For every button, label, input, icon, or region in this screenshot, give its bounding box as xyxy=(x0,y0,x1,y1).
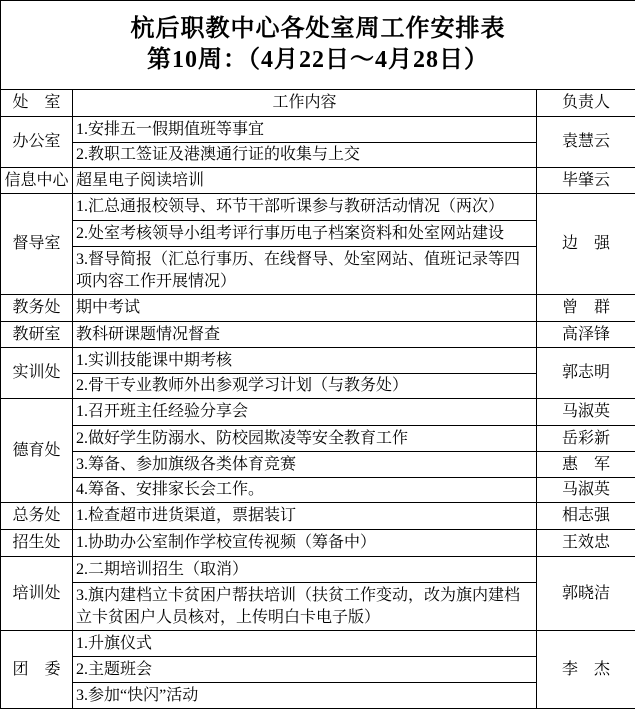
department-cell: 团 委 xyxy=(1,631,73,709)
table-row: 实训处 1.实训技能课中期考核 郭志明 xyxy=(1,348,635,374)
table-row: 培训处 2.二期培训招生（取消） 郭晓洁 xyxy=(1,557,635,583)
task-cell: 1.升旗仪式 xyxy=(73,631,537,657)
table-row: 办公室 1.安排五一假期值班等事宜 袁慧云 xyxy=(1,117,635,143)
page-subtitle: 第10周：（4月22日～4月28日） xyxy=(4,45,632,76)
table-row: 教务处 期中考试 曾 群 xyxy=(1,295,635,322)
leader-cell: 袁慧云 xyxy=(537,117,635,168)
task-cell: 2.做好学生防溺水、防校园欺凌等安全教育工作 xyxy=(73,426,537,452)
task-cell: 教科研课题情况督查 xyxy=(73,322,537,348)
task-cell: 超星电子阅读培训 xyxy=(73,168,537,194)
task-cell: 2.骨干专业教师外出参观学习计划（与教务处） xyxy=(73,374,537,399)
task-cell: 2.二期培训招生（取消） xyxy=(73,557,537,583)
department-cell: 办公室 xyxy=(1,117,73,168)
table-row: 信息中心 超星电子阅读培训 毕肇云 xyxy=(1,168,635,194)
table-row: 3.筹备、参加旗级各类体育竞赛 惠 军 xyxy=(1,452,635,478)
department-cell: 德育处 xyxy=(1,399,73,503)
department-cell: 总务处 xyxy=(1,503,73,530)
col-header-leader: 负责人 xyxy=(537,90,635,117)
task-cell: 2.主题班会 xyxy=(73,657,537,683)
leader-cell: 岳彩新 xyxy=(537,426,635,452)
task-cell: 1.汇总通报校领导、环节干部听课参与教研活动情况（两次） xyxy=(73,194,537,221)
task-cell: 1.召开班主任经验分享会 xyxy=(73,399,537,426)
leader-cell: 马淑英 xyxy=(537,399,635,426)
leader-cell: 曾 群 xyxy=(537,295,635,322)
schedule-sheet: 杭后职教中心各处室周工作安排表 第10周：（4月22日～4月28日） 处 室 工… xyxy=(0,0,635,709)
table-row: 招生处 1.协助办公室制作学校宣传视频（筹备中） 王效忠 xyxy=(1,530,635,557)
table-row: 杭后职教中心各处室周工作安排表 第10周：（4月22日～4月28日） xyxy=(1,1,635,90)
leader-cell: 郭志明 xyxy=(537,348,635,399)
department-cell: 培训处 xyxy=(1,557,73,631)
department-cell: 信息中心 xyxy=(1,168,73,194)
task-cell: 3.旗内建档立卡贫困户帮扶培训（扶贫工作变动，改为旗内建档立卡贫困户人员核对，上… xyxy=(73,583,537,631)
leader-cell: 王效忠 xyxy=(537,530,635,557)
task-cell: 1.安排五一假期值班等事宜 xyxy=(73,117,537,143)
task-cell: 3.筹备、参加旗级各类体育竞赛 xyxy=(73,452,537,478)
task-cell: 期中考试 xyxy=(73,295,537,322)
department-cell: 实训处 xyxy=(1,348,73,399)
weekly-schedule-table: 杭后职教中心各处室周工作安排表 第10周：（4月22日～4月28日） 处 室 工… xyxy=(0,0,635,709)
table-header-row: 处 室 工作内容 负责人 xyxy=(1,90,635,117)
leader-cell: 惠 军 xyxy=(537,452,635,478)
table-row: 4.筹备、安排家长会工作。 马淑英 xyxy=(1,478,635,503)
leader-cell: 毕肇云 xyxy=(537,168,635,194)
department-cell: 教务处 xyxy=(1,295,73,322)
leader-cell: 马淑英 xyxy=(537,478,635,503)
table-row: 德育处 1.召开班主任经验分享会 马淑英 xyxy=(1,399,635,426)
leader-cell: 边 强 xyxy=(537,194,635,295)
leader-cell: 郭晓洁 xyxy=(537,557,635,631)
department-cell: 招生处 xyxy=(1,530,73,557)
department-cell: 督导室 xyxy=(1,194,73,295)
task-cell: 4.筹备、安排家长会工作。 xyxy=(73,478,537,503)
task-cell: 1.实训技能课中期考核 xyxy=(73,348,537,374)
department-cell: 教研室 xyxy=(1,322,73,348)
task-cell: 1.检查超市进货渠道，票据装订 xyxy=(73,503,537,530)
col-header-department: 处 室 xyxy=(1,90,73,117)
table-row: 2.做好学生防溺水、防校园欺凌等安全教育工作 岳彩新 xyxy=(1,426,635,452)
col-header-content: 工作内容 xyxy=(73,90,537,117)
table-row: 督导室 1.汇总通报校领导、环节干部听课参与教研活动情况（两次） 边 强 xyxy=(1,194,635,221)
task-cell: 3.督导简报（汇总行事历、在线督导、处室网站、值班记录等四项内容工作开展情况） xyxy=(73,247,537,295)
leader-cell: 相志强 xyxy=(537,503,635,530)
task-cell: 1.协助办公室制作学校宣传视频（筹备中） xyxy=(73,530,537,557)
page-title: 杭后职教中心各处室周工作安排表 xyxy=(4,14,632,45)
table-row: 总务处 1.检查超市进货渠道，票据装订 相志强 xyxy=(1,503,635,530)
task-cell: 2.教职工签证及港澳通行证的收集与上交 xyxy=(73,143,537,168)
task-cell: 2.处室考核领导小组考评行事历电子档案资料和处室网站建设 xyxy=(73,221,537,247)
table-row: 团 委 1.升旗仪式 李 杰 xyxy=(1,631,635,657)
leader-cell: 李 杰 xyxy=(537,631,635,709)
leader-cell: 高泽锋 xyxy=(537,322,635,348)
task-cell: 3.参加“快闪”活动 xyxy=(73,683,537,709)
table-row: 教研室 教科研课题情况督查 高泽锋 xyxy=(1,322,635,348)
title-cell: 杭后职教中心各处室周工作安排表 第10周：（4月22日～4月28日） xyxy=(1,1,635,90)
